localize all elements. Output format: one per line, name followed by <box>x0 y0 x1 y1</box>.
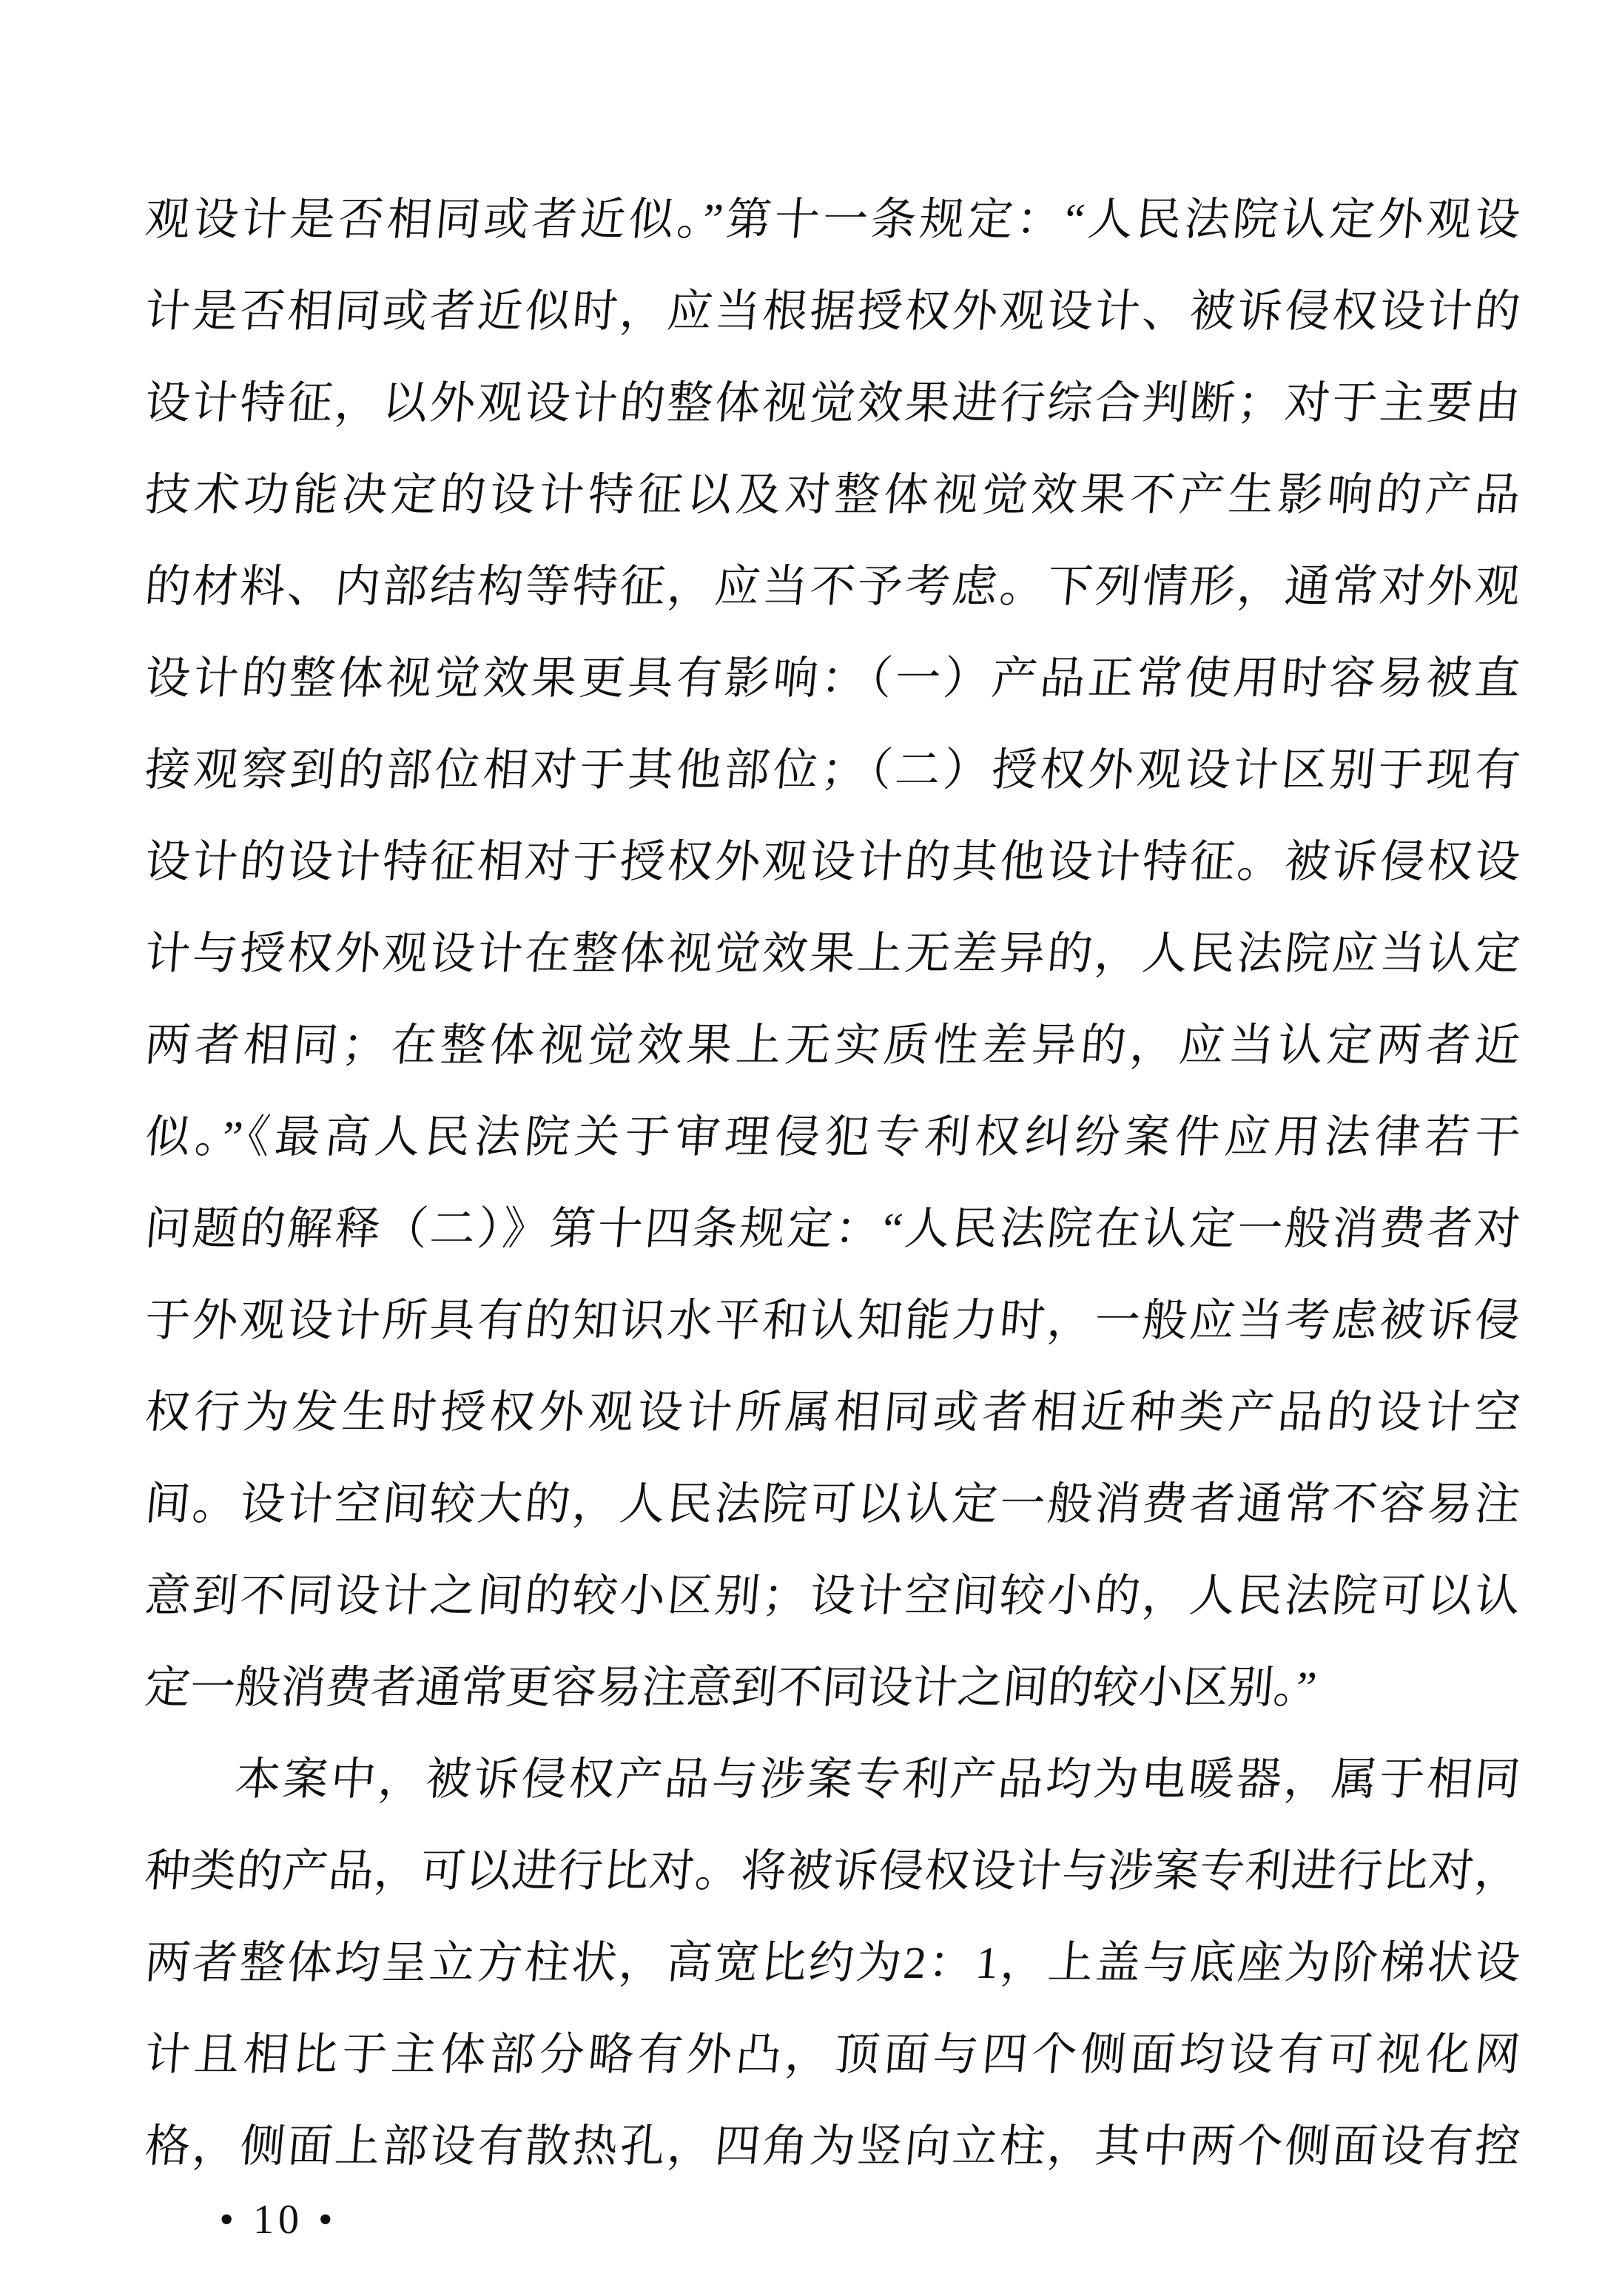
text-line: 计是否相同或者近似时，应当根据授权外观设计、被诉侵权设计的 <box>141 266 1524 358</box>
text-line: 的材料、内部结构等特征，应当不予考虑。下列情形，通常对外观 <box>141 542 1524 633</box>
text-line: 意到不同设计之间的较小区别；设计空间较小的，人民法院可以认 <box>141 1551 1524 1643</box>
text-line: 格，侧面上部设有散热孔，四角为竖向立柱，其中两个侧面设有控 <box>141 2101 1524 2193</box>
text-line: 种类的产品，可以进行比对。将被诉侵权设计与涉案专利进行比对， <box>141 1826 1524 1918</box>
text-line-paragraph-end: 定一般消费者通常更容易注意到不同设计之间的较小区别。” <box>141 1643 1524 1734</box>
text-line: 权行为发生时授权外观设计所属相同或者相近种类产品的设计空 <box>141 1367 1524 1459</box>
text-line-paragraph-start: 本案中，被诉侵权产品与涉案专利产品均为电暖器，属于相同 <box>141 1734 1524 1826</box>
body-text: 观设计是否相同或者近似。”第十一条规定：“人民法院认定外观设 计是否相同或者近似… <box>145 175 1520 2193</box>
text-line: 计且相比于主体部分略有外凸，顶面与四个侧面均设有可视化网 <box>141 2010 1524 2101</box>
document-page: 观设计是否相同或者近似。”第十一条规定：“人民法院认定外观设 计是否相同或者近似… <box>0 0 1622 2296</box>
text-line: 似。”《最高人民法院关于审理侵犯专利权纠纷案件应用法律若干 <box>141 1092 1524 1184</box>
text-line: 间。设计空间较大的，人民法院可以认定一般消费者通常不容易注 <box>141 1459 1524 1551</box>
text-line: 接观察到的部位相对于其他部位；（二）授权外观设计区别于现有 <box>141 725 1524 817</box>
text-line: 设计特征，以外观设计的整体视觉效果进行综合判断；对于主要由 <box>141 358 1524 450</box>
text-line: 两者整体均呈立方柱状，高宽比约为2：1，上盖与底座为阶梯状设 <box>141 1918 1524 2010</box>
text-line: 设计的设计特征相对于授权外观设计的其他设计特征。被诉侵权设 <box>141 817 1524 909</box>
text-line: 两者相同；在整体视觉效果上无实质性差异的，应当认定两者近 <box>141 1000 1524 1092</box>
page-number: • 10 • <box>145 2186 411 2253</box>
text-line: 问题的解释（二）》第十四条规定：“人民法院在认定一般消费者对 <box>141 1184 1524 1276</box>
text-line: 于外观设计所具有的知识水平和认知能力时，一般应当考虑被诉侵 <box>141 1276 1524 1367</box>
text-line: 计与授权外观设计在整体视觉效果上无差异的，人民法院应当认定 <box>141 909 1524 1000</box>
text-line: 技术功能决定的设计特征以及对整体视觉效果不产生影响的产品 <box>141 450 1524 542</box>
text-line: 设计的整体视觉效果更具有影响：（一）产品正常使用时容易被直 <box>141 633 1524 725</box>
text-line: 观设计是否相同或者近似。”第十一条规定：“人民法院认定外观设 <box>141 175 1524 266</box>
